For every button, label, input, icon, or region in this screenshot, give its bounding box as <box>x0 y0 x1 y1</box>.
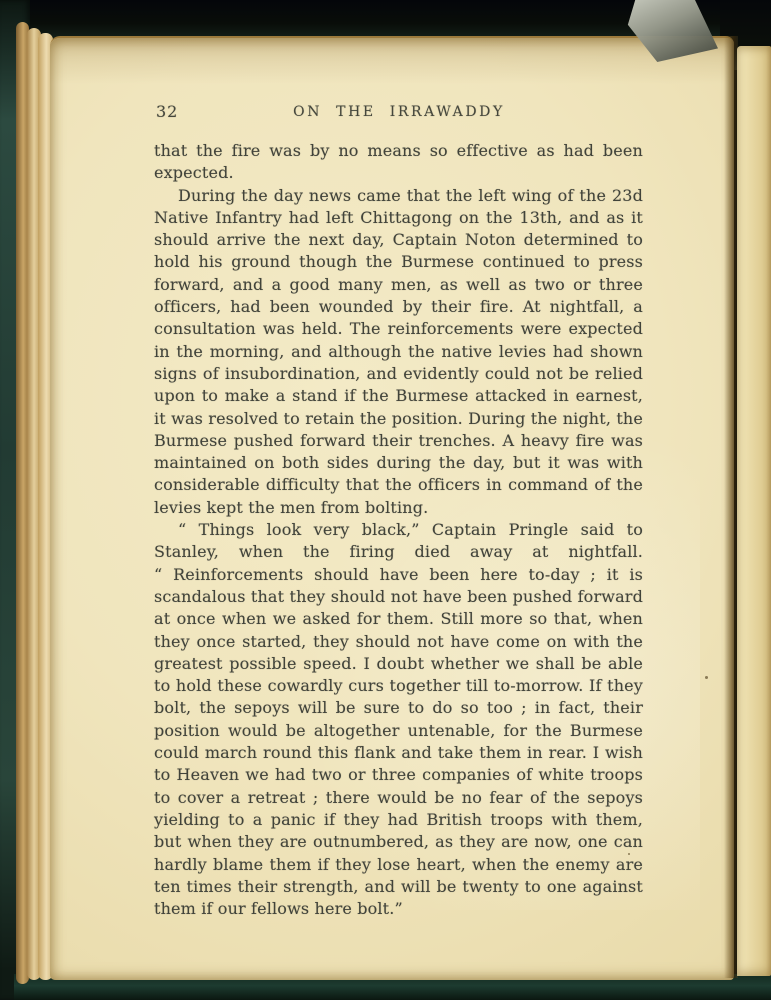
page-speck <box>628 853 630 855</box>
running-title: ON THE IRRAWADDY <box>154 104 644 120</box>
page-body: that the fire was by no means so effecti… <box>154 140 643 920</box>
page-top-shadow <box>50 38 734 84</box>
page-speck <box>705 676 708 679</box>
page-header: 32 ON THE IRRAWADDY <box>154 102 644 124</box>
facing-page-edge <box>737 46 771 976</box>
gutter-crease <box>724 36 738 978</box>
body-paragraph: During the day news came that the left w… <box>154 185 643 519</box>
book-photo: 32 ON THE IRRAWADDY that the fire was by… <box>0 0 771 1000</box>
body-paragraph: that the fire was by no means so effecti… <box>154 140 643 185</box>
body-paragraph: “ Things look very black,” Captain Pring… <box>154 519 643 920</box>
